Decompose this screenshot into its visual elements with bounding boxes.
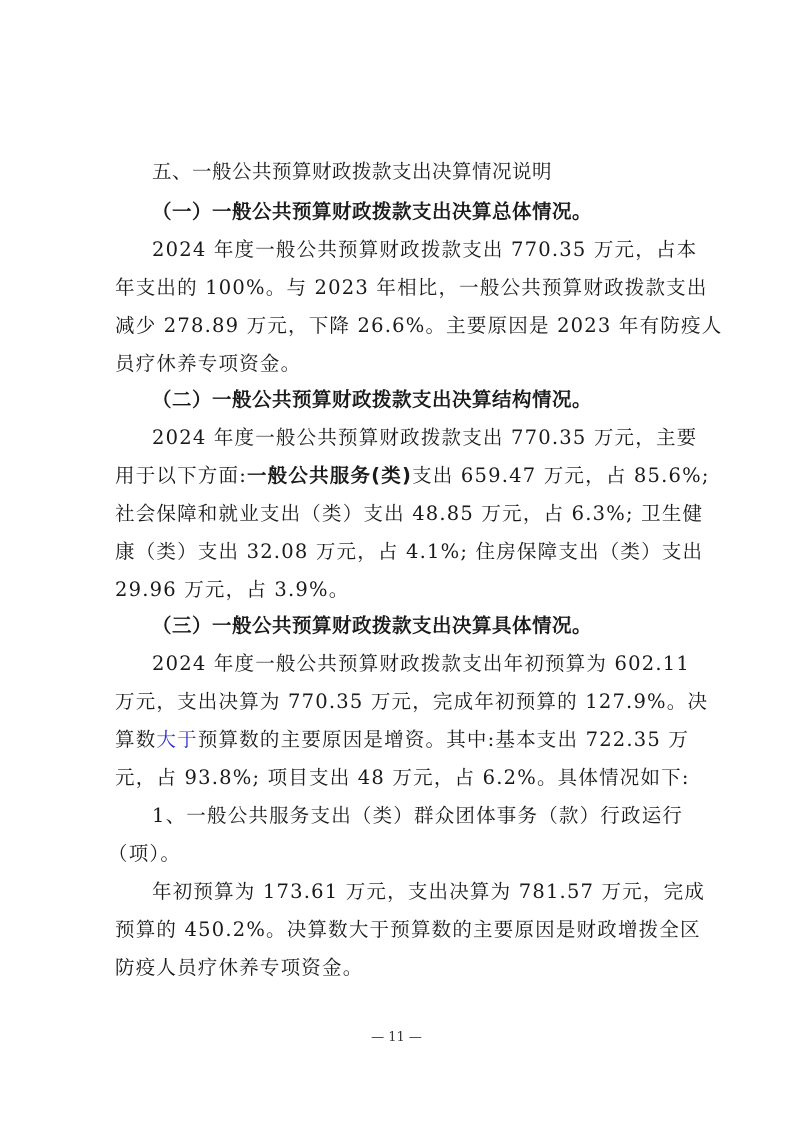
- paragraph-line: 减少 278.89 万元，下降 26.6%。主要原因是 2023 年有防疫人: [115, 314, 680, 338]
- highlighted-text: 大于: [156, 728, 197, 751]
- paragraph-line: 2024 年度一般公共预算财政拨款支出 770.35 万元，主要: [152, 426, 680, 450]
- paragraph-line: 2024 年度一般公共预算财政拨款支出 770.35 万元，占本: [152, 238, 680, 262]
- text-span: 支出 659.47 万元，占 85.6%;: [412, 464, 710, 487]
- paragraph-line: 康（类）支出 32.08 万元，占 4.1%; 住房保障支出（类）支出: [115, 540, 680, 564]
- paragraph-line: 预算的 450.2%。决算数大于预算数的主要原因是财政增拨全区: [115, 918, 680, 942]
- paragraph-line: 防疫人员疗休养专项资金。: [115, 956, 680, 980]
- subsection-2-heading: （二）一般公共预算财政拨款支出决算结构情况。: [152, 388, 717, 412]
- subsection-1-heading: （一）一般公共预算财政拨款支出决算总体情况。: [152, 200, 717, 224]
- paragraph-line: 万元，支出决算为 770.35 万元，完成年初预算的 127.9%。决: [115, 690, 680, 714]
- subsection-3-heading: （三）一般公共预算财政拨款支出决算具体情况。: [152, 614, 717, 638]
- text-span: 算数: [115, 728, 156, 751]
- paragraph-line: 员疗休养专项资金。: [115, 352, 680, 376]
- paragraph-line: （项）。: [108, 842, 673, 866]
- paragraph-line: 年支出的 100%。与 2023 年相比，一般公共预算财政拨款支出: [115, 276, 680, 300]
- text-span: 预算数的主要原因是增资。其中:基本支出 722.35 万: [198, 728, 689, 751]
- bold-category: 一般公共服务(类): [247, 464, 412, 487]
- paragraph-line: 社会保障和就业支出（类）支出 48.85 万元，占 6.3%; 卫生健: [115, 502, 680, 526]
- section-title: 五、一般公共预算财政拨款支出决算情况说明: [152, 160, 717, 184]
- paragraph-line: 2024 年度一般公共预算财政拨款支出年初预算为 602.11: [152, 652, 680, 676]
- page-number: — 11 —: [0, 1030, 793, 1045]
- paragraph-line: 29.96 万元，占 3.9%。: [115, 578, 680, 602]
- paragraph-line: 用于以下方面:一般公共服务(类)支出 659.47 万元，占 85.6%;: [115, 464, 680, 488]
- paragraph-line: 算数大于预算数的主要原因是增资。其中:基本支出 722.35 万: [115, 728, 680, 752]
- paragraph-line: 年初预算为 173.61 万元，支出决算为 781.57 万元，完成: [152, 880, 680, 904]
- document-page: 五、一般公共预算财政拨款支出决算情况说明 （一）一般公共预算财政拨款支出决算总体…: [0, 0, 793, 1122]
- text-span: 用于以下方面:: [115, 464, 247, 487]
- paragraph-line: 元，占 93.8%; 项目支出 48 万元，占 6.2%。具体情况如下:: [115, 766, 680, 790]
- item-1-heading: 1、一般公共服务支出（类）群众团体事务（款）行政运行: [152, 804, 680, 828]
